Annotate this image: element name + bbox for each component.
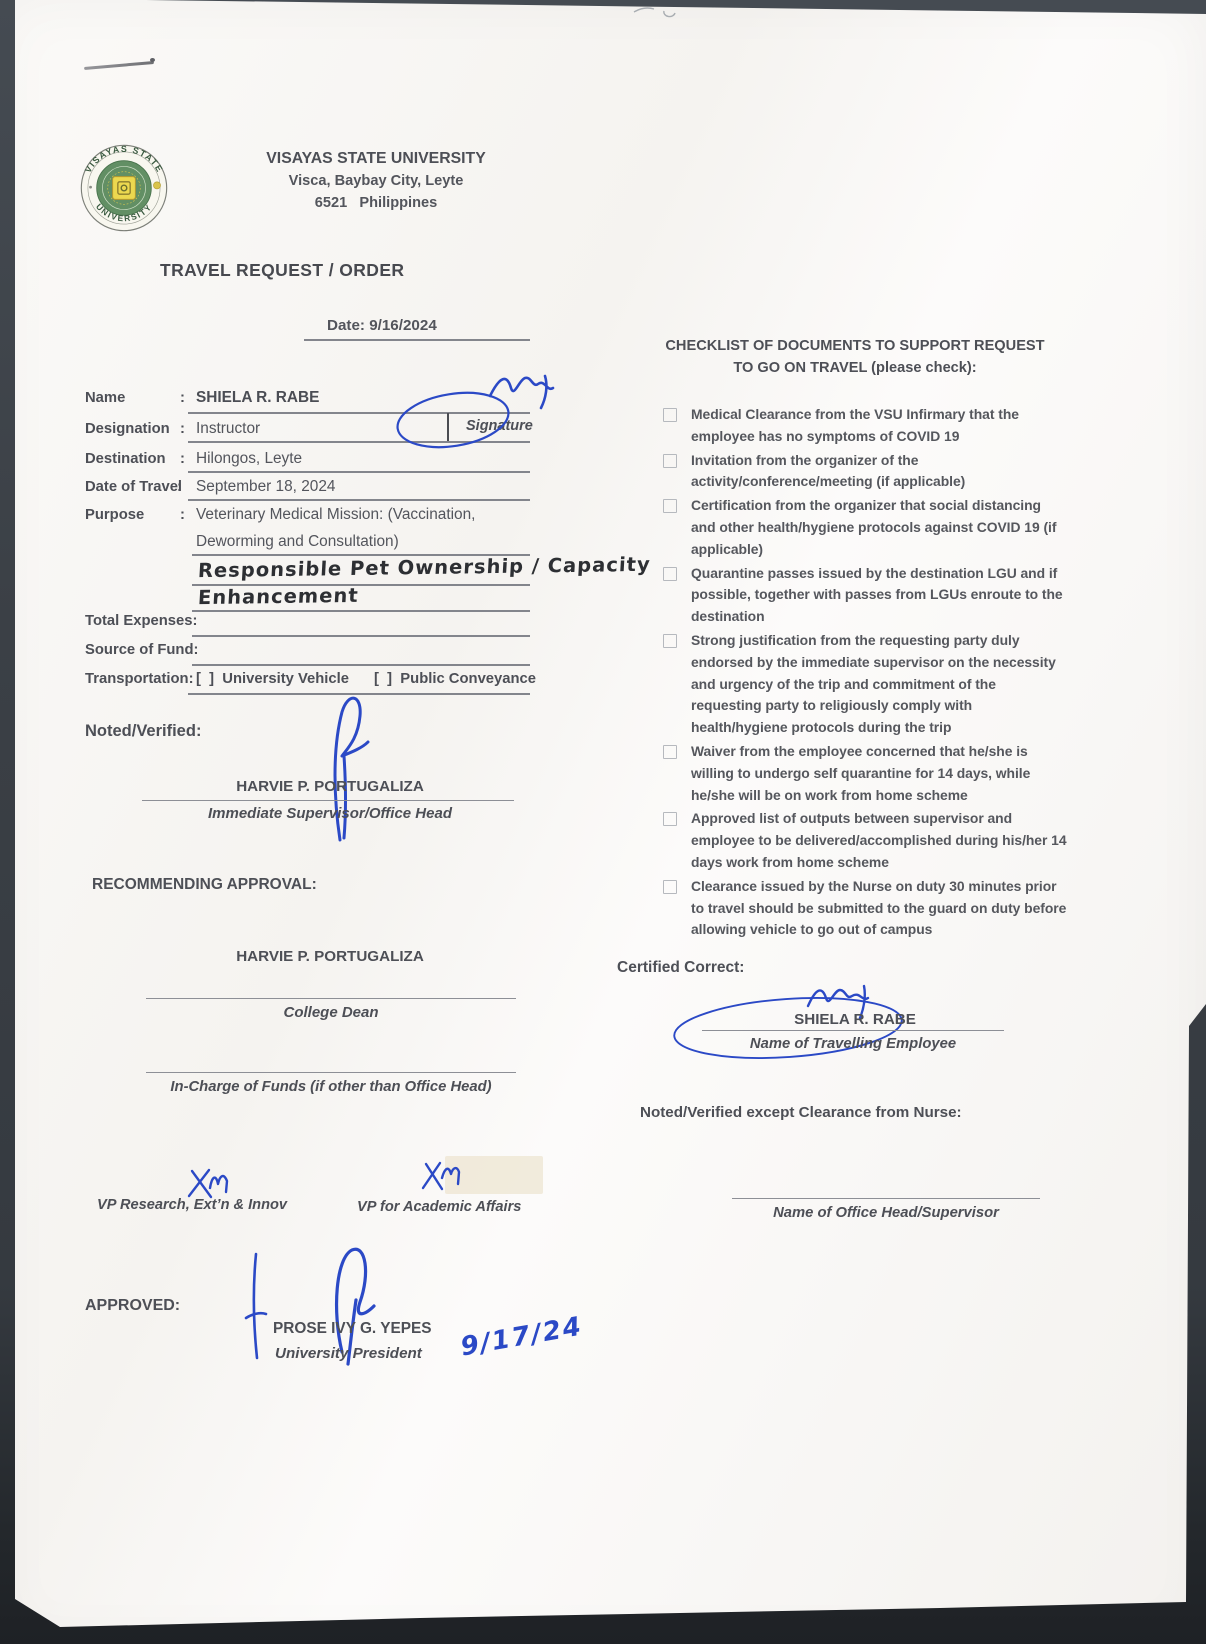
college-dean-title: College Dean	[146, 1004, 516, 1021]
checkbox-icon	[663, 454, 677, 468]
purpose-label: Purpose	[85, 507, 144, 523]
purpose-value-line1: Veterinary Medical Mission: (Vaccination…	[196, 506, 475, 524]
checklist-item-text: Quarantine passes issued by the destinat…	[691, 563, 1067, 628]
purpose-underline-3	[192, 610, 530, 612]
checkbox-icon	[663, 812, 677, 826]
university-seal-logo: VISAYAS STATE UNIVERSITY	[80, 144, 168, 232]
approved-name: PROSE IVY G. YEPES	[273, 1320, 432, 1338]
name-colon: :	[180, 390, 185, 406]
checkbox-icon	[663, 634, 677, 648]
noted-verified-title: Immediate Supervisor/Office Head	[140, 805, 520, 822]
checklist: Medical Clearance from the VSU Infirmary…	[663, 404, 1067, 943]
vp-academic-title: VP for Academic Affairs	[357, 1199, 521, 1215]
checklist-item-text: Certification from the organizer that so…	[691, 495, 1067, 560]
checkbox-icon	[663, 880, 677, 894]
checklist-item-text: Medical Clearance from the VSU Infirmary…	[691, 404, 1067, 448]
certified-underline	[702, 1030, 1004, 1031]
university-address-line2: 6521 Philippines	[226, 195, 526, 211]
destination-label: Destination	[85, 451, 166, 467]
checklist-item: Waiver from the employee concerned that …	[663, 741, 1067, 806]
noted-verified-underline	[142, 800, 514, 801]
source-of-fund-underline	[192, 664, 530, 666]
date-of-travel-value: September 18, 2024	[196, 478, 335, 496]
total-expenses-underline	[192, 635, 530, 637]
purpose-value-line2: Deworming and Consultation)	[196, 533, 399, 551]
noted-verified-name: HARVIE P. PORTUGALIZA	[140, 778, 520, 795]
in-charge-funds-underline	[146, 1072, 516, 1073]
vp-research-title: VP Research, Ext’n & Innov	[97, 1197, 287, 1213]
checklist-item-text: Strong justification from the requesting…	[691, 630, 1067, 739]
noted-except-label: Noted/Verified except Clearance from Nur…	[640, 1104, 962, 1121]
name-label: Name	[85, 390, 125, 406]
checklist-item-text: Approved list of outputs between supervi…	[691, 808, 1067, 873]
date-of-travel-underline	[188, 499, 530, 501]
scan-edge-mark	[630, 2, 720, 18]
purpose-colon: :	[180, 507, 185, 523]
designation-colon: :	[180, 421, 185, 437]
checklist-item: Clearance issued by the Nurse on duty 30…	[663, 876, 1067, 941]
checklist-item: Quarantine passes issued by the destinat…	[663, 563, 1067, 628]
checklist-heading-line1: CHECKLIST OF DOCUMENTS TO SUPPORT REQUES…	[640, 338, 1070, 354]
noted-verified-label: Noted/Verified:	[85, 722, 201, 741]
recommending-name: HARVIE P. PORTUGALIZA	[160, 948, 500, 965]
checkbox-icon	[663, 745, 677, 759]
in-charge-funds-title: In-Charge of Funds (if other than Office…	[146, 1079, 516, 1095]
checklist-item: Strong justification from the requesting…	[663, 630, 1067, 739]
transportation-label: Transportation:	[85, 671, 194, 687]
office-head-title: Name of Office Head/Supervisor	[732, 1205, 1040, 1221]
approved-label: APPROVED:	[85, 1297, 180, 1315]
source-of-fund-label: Source of Fund:	[85, 642, 198, 658]
date-line: Date: 9/16/2024	[327, 317, 437, 334]
certified-name: SHIELA R. RABE	[700, 1011, 1010, 1028]
checklist-item: Approved list of outputs between supervi…	[663, 808, 1067, 873]
designation-label: Designation	[85, 421, 170, 437]
page-title: TRAVEL REQUEST / ORDER	[160, 260, 404, 281]
certified-title: Name of Travelling Employee	[702, 1036, 1004, 1052]
scanned-document: VISAYAS STATE UNIVERSITY VISAYAS STATE U…	[0, 0, 1206, 1644]
destination-colon: :	[180, 451, 185, 467]
checklist-heading-line2: TO GO ON TRAVEL (please check):	[640, 360, 1070, 376]
employee-signature-ink	[395, 368, 575, 463]
vp-academic-initials-ink	[418, 1160, 462, 1192]
pen-mark-dot	[150, 58, 155, 62]
total-expenses-label: Total Expenses:	[85, 613, 197, 629]
destination-underline	[188, 471, 530, 473]
checkbox-icon	[663, 499, 677, 513]
office-head-underline	[732, 1198, 1040, 1199]
checklist-item-text: Clearance issued by the Nurse on duty 30…	[691, 876, 1067, 941]
date-underline	[304, 339, 530, 341]
checkbox-icon	[663, 567, 677, 581]
university-address-line1: Visca, Baybay City, Leyte	[226, 173, 526, 189]
purpose-handwritten-line2: Enhancement	[197, 584, 359, 609]
vp-research-initials-ink	[183, 1166, 231, 1200]
college-dean-underline	[146, 998, 516, 999]
checklist-item-text: Waiver from the employee concerned that …	[691, 741, 1067, 806]
checkbox-icon	[663, 408, 677, 422]
destination-value: Hilongos, Leyte	[196, 450, 302, 468]
name-value: SHIELA R. RABE	[196, 389, 319, 407]
checklist-item: Medical Clearance from the VSU Infirmary…	[663, 404, 1067, 448]
checklist-item-text: Invitation from the organizer of the act…	[691, 450, 1067, 494]
date-of-travel-colon: :	[177, 479, 182, 495]
approved-title: University President	[275, 1345, 422, 1362]
date-of-travel-label: Date of Travel	[85, 479, 182, 495]
checklist-item: Invitation from the organizer of the act…	[663, 450, 1067, 494]
designation-value: Instructor	[196, 420, 260, 438]
certified-correct-label: Certified Correct:	[617, 959, 744, 977]
transportation-option-university-vehicle: [ ] University Vehicle	[196, 671, 349, 687]
recommending-approval-label: RECOMMENDING APPROVAL:	[92, 876, 317, 894]
university-name: VISAYAS STATE UNIVERSITY	[226, 150, 526, 168]
transportation-option-public-conveyance: [ ] Public Conveyance	[374, 671, 536, 687]
checklist-item: Certification from the organizer that so…	[663, 495, 1067, 560]
